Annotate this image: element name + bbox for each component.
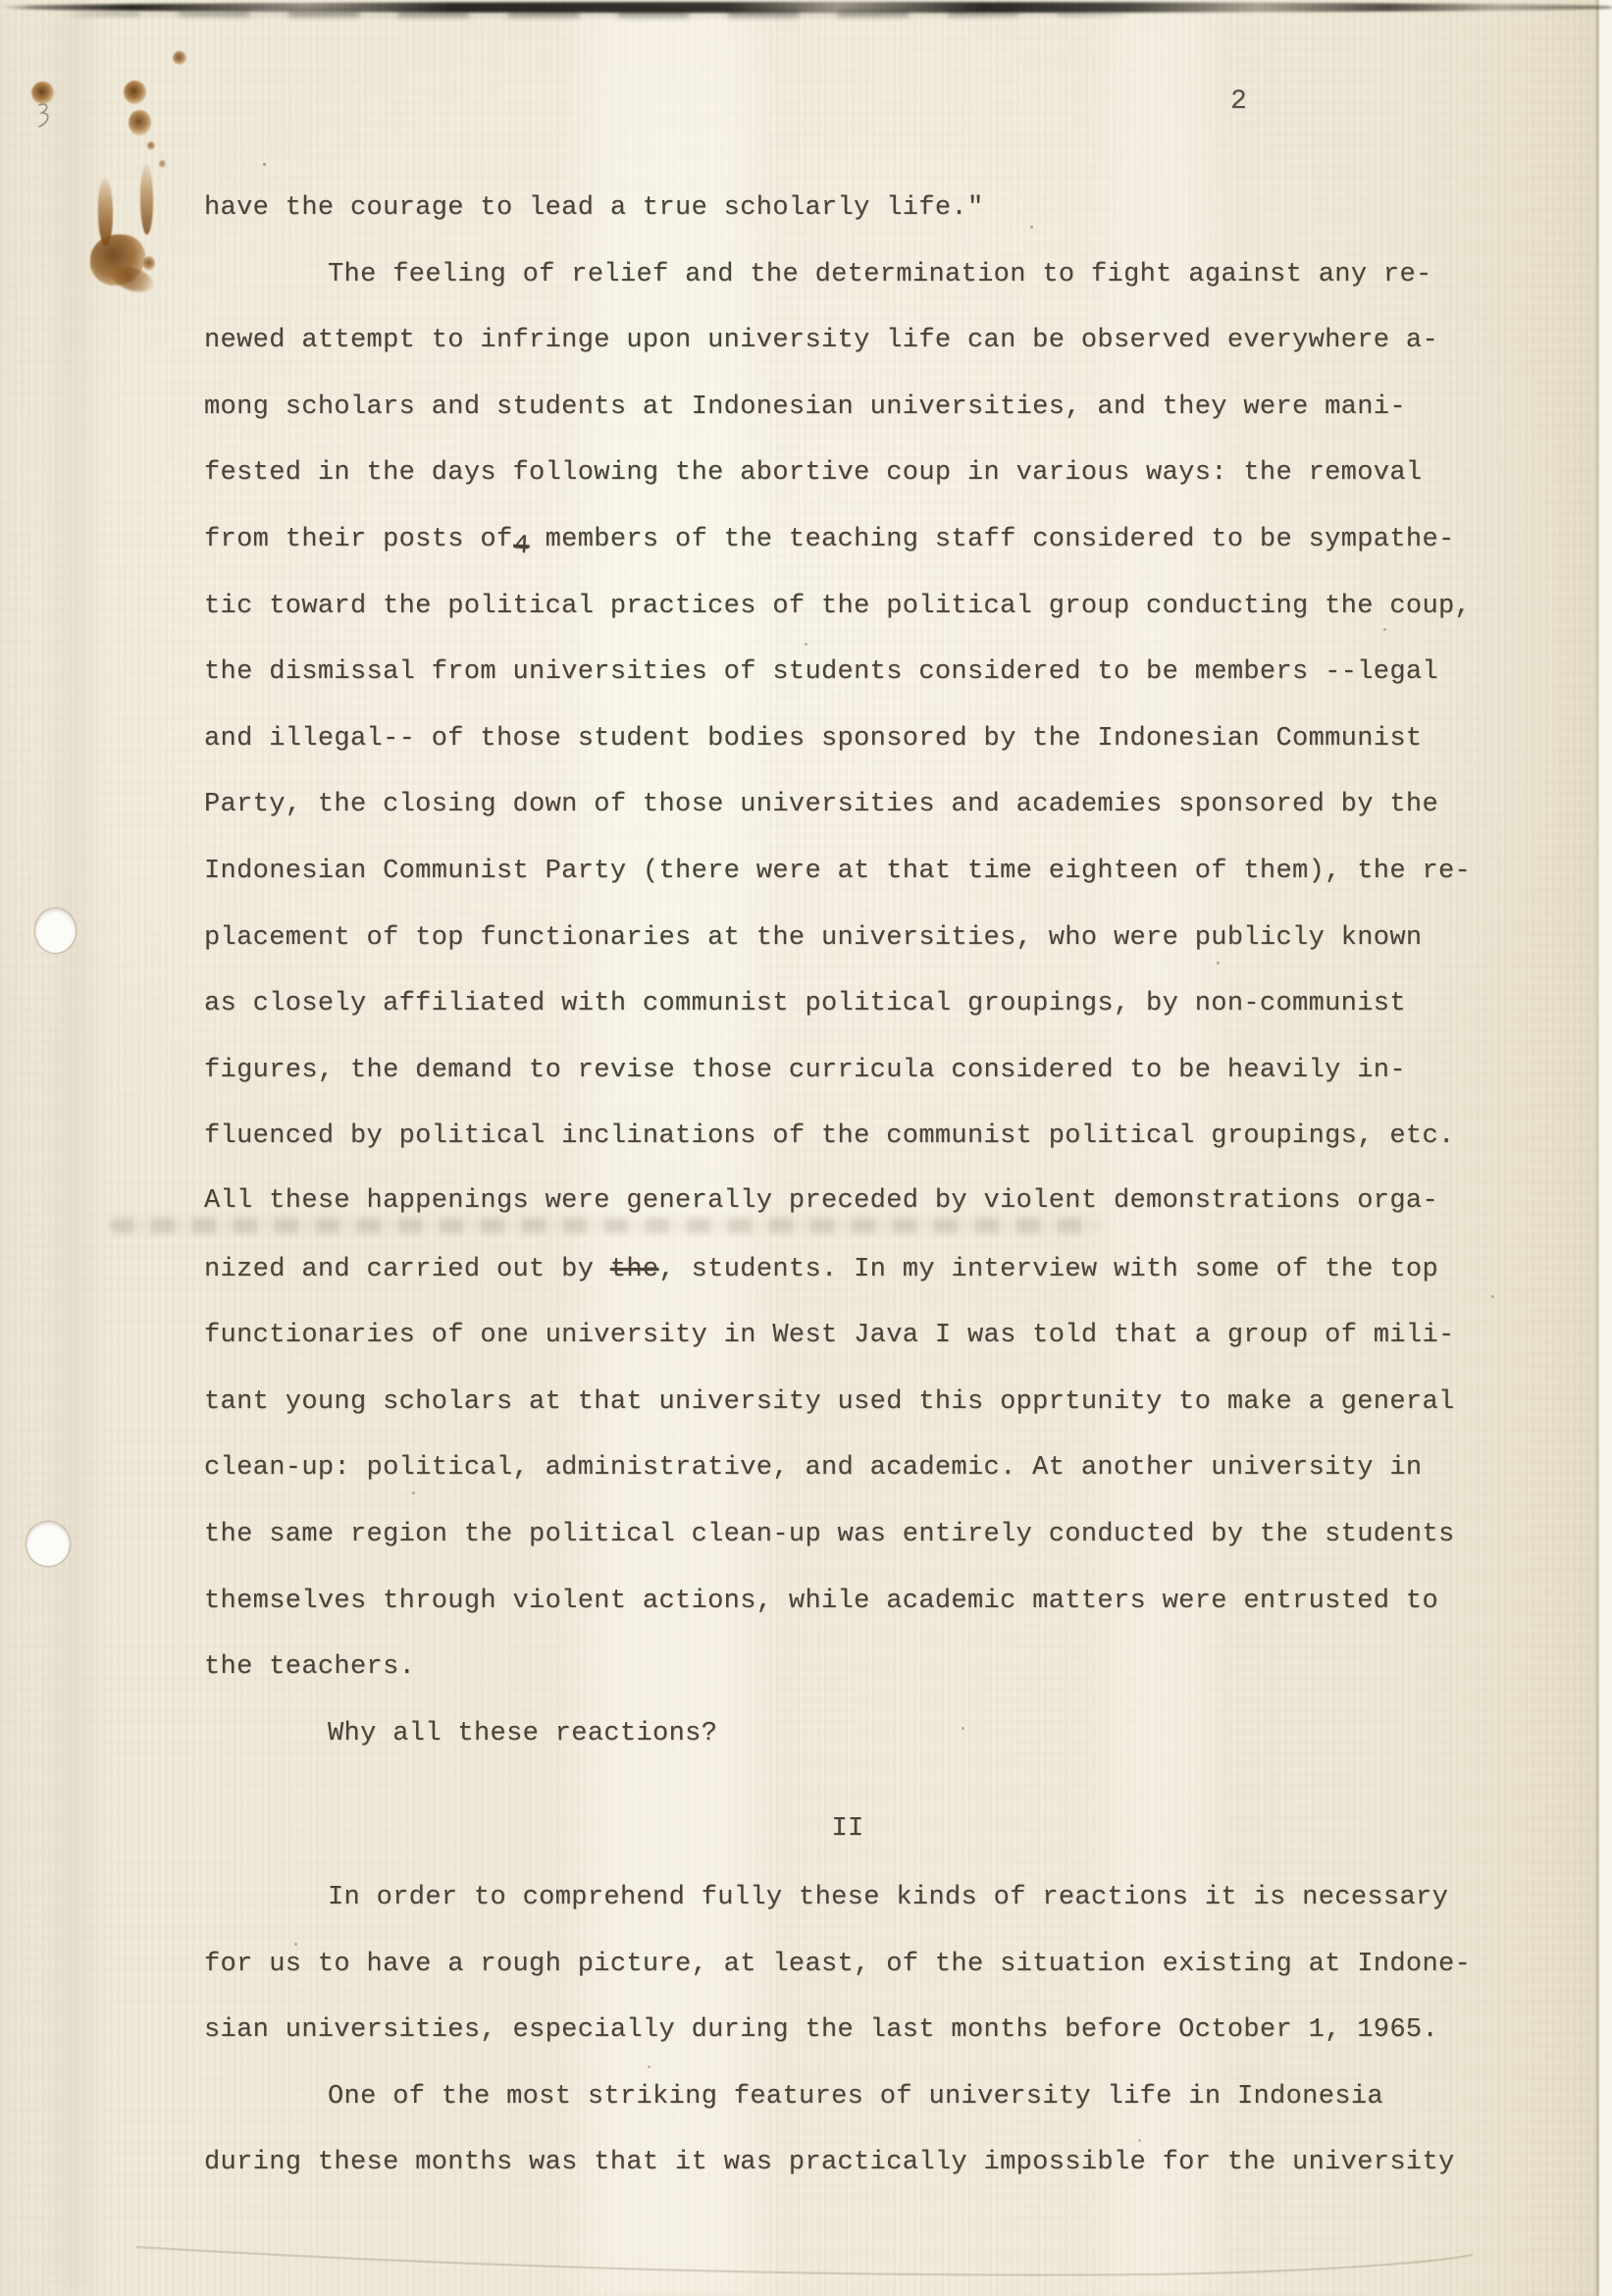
- typewritten-line: newed attempt to infringe upon universit…: [204, 328, 1438, 354]
- pencil-mark: [33, 102, 55, 130]
- hole-punch: [26, 1522, 70, 1566]
- typewritten-line: figures, the demand to revise those curr…: [204, 1058, 1406, 1084]
- dust-specks: [263, 163, 266, 166]
- struck-text: the: [610, 1255, 659, 1284]
- ink-stain: [143, 256, 155, 271]
- ink-drip: [140, 164, 153, 235]
- typewritten-line: as closely affiliated with communist pol…: [204, 991, 1406, 1018]
- typewritten-line: clean-up: political, administrative, and…: [204, 1455, 1422, 1482]
- ink-stain: [31, 81, 54, 104]
- typewritten-line: have the courage to lead a true scholarl…: [204, 195, 984, 222]
- typewritten-line: Why all these reactions?: [204, 1721, 717, 1748]
- ink-stain: [173, 51, 186, 65]
- typewritten-line: All these happenings were generally prec…: [204, 1188, 1438, 1215]
- line-segment: members of the teaching staff considered…: [529, 525, 1455, 554]
- ink-stain: [159, 160, 166, 168]
- typewritten-line: placement of top functionaries at the un…: [204, 925, 1422, 952]
- ink-smudge-band: [110, 1218, 1101, 1233]
- line-segment: nized and carried out by: [204, 1255, 610, 1284]
- typewritten-line: for us to have a rough picture, at least…: [204, 1952, 1471, 1978]
- typewritten-line: the dismissal from universities of stude…: [204, 659, 1438, 686]
- typewritten-line: In order to comprehend fully these kinds…: [204, 1885, 1448, 1911]
- ink-blot: [109, 262, 157, 296]
- ink-stain: [147, 141, 155, 150]
- document-page: 2 have the courage to lead a true schola…: [0, 0, 1598, 2296]
- typewritten-line: the teachers.: [204, 1654, 415, 1681]
- typewritten-line: from their posts of4 members of the teac…: [204, 527, 1455, 553]
- ink-blot: [90, 235, 145, 286]
- typewritten-line: One of the most striking features of uni…: [204, 2084, 1383, 2111]
- hole-punch: [35, 909, 76, 953]
- line-segment: from their posts of: [204, 525, 513, 554]
- section-heading: II: [204, 1816, 1491, 1843]
- struck-text: 4: [512, 534, 530, 561]
- typewritten-line: mong scholars and students at Indonesian…: [204, 394, 1406, 421]
- typewritten-line: fested in the days following the abortiv…: [204, 460, 1422, 487]
- paper-right-edge: [1596, 0, 1599, 2296]
- typewritten-line: Party, the closing down of those univers…: [204, 792, 1438, 818]
- typewritten-line: during these months was that it was prac…: [204, 2150, 1455, 2176]
- typewritten-line: tant young scholars at that university u…: [204, 1389, 1455, 1416]
- typewritten-line: fluenced by political inclinations of th…: [204, 1123, 1455, 1150]
- typewritten-line: and illegal-- of those student bodies sp…: [204, 726, 1422, 753]
- typewritten-line: functionaries of one university in West …: [204, 1323, 1455, 1349]
- typewritten-line: Indonesian Communist Party (there were a…: [204, 859, 1471, 885]
- typewritten-line: themselves through violent actions, whil…: [204, 1589, 1438, 1615]
- scan-shadow-streak: [55, 0, 90, 2296]
- typewritten-line: the same region the political clean-up w…: [204, 1522, 1455, 1548]
- ink-drip: [98, 178, 113, 246]
- scanned-document: { "page": { "number": "2" }, "document":…: [0, 0, 1612, 2296]
- typewritten-line: sian universities, especially during the…: [204, 2017, 1438, 2044]
- paper-crease: [98, 2227, 1511, 2286]
- typewritten-line: The feeling of relief and the determinat…: [204, 262, 1432, 288]
- ink-stain: [129, 110, 151, 135]
- typewritten-line: nized and carried out by the, students. …: [204, 1257, 1438, 1283]
- ink-stain: [124, 80, 146, 104]
- typewritten-line: tic toward the political practices of th…: [204, 594, 1471, 620]
- line-segment: , students. In my interview with some of…: [659, 1255, 1439, 1284]
- page-number: 2: [1230, 86, 1247, 117]
